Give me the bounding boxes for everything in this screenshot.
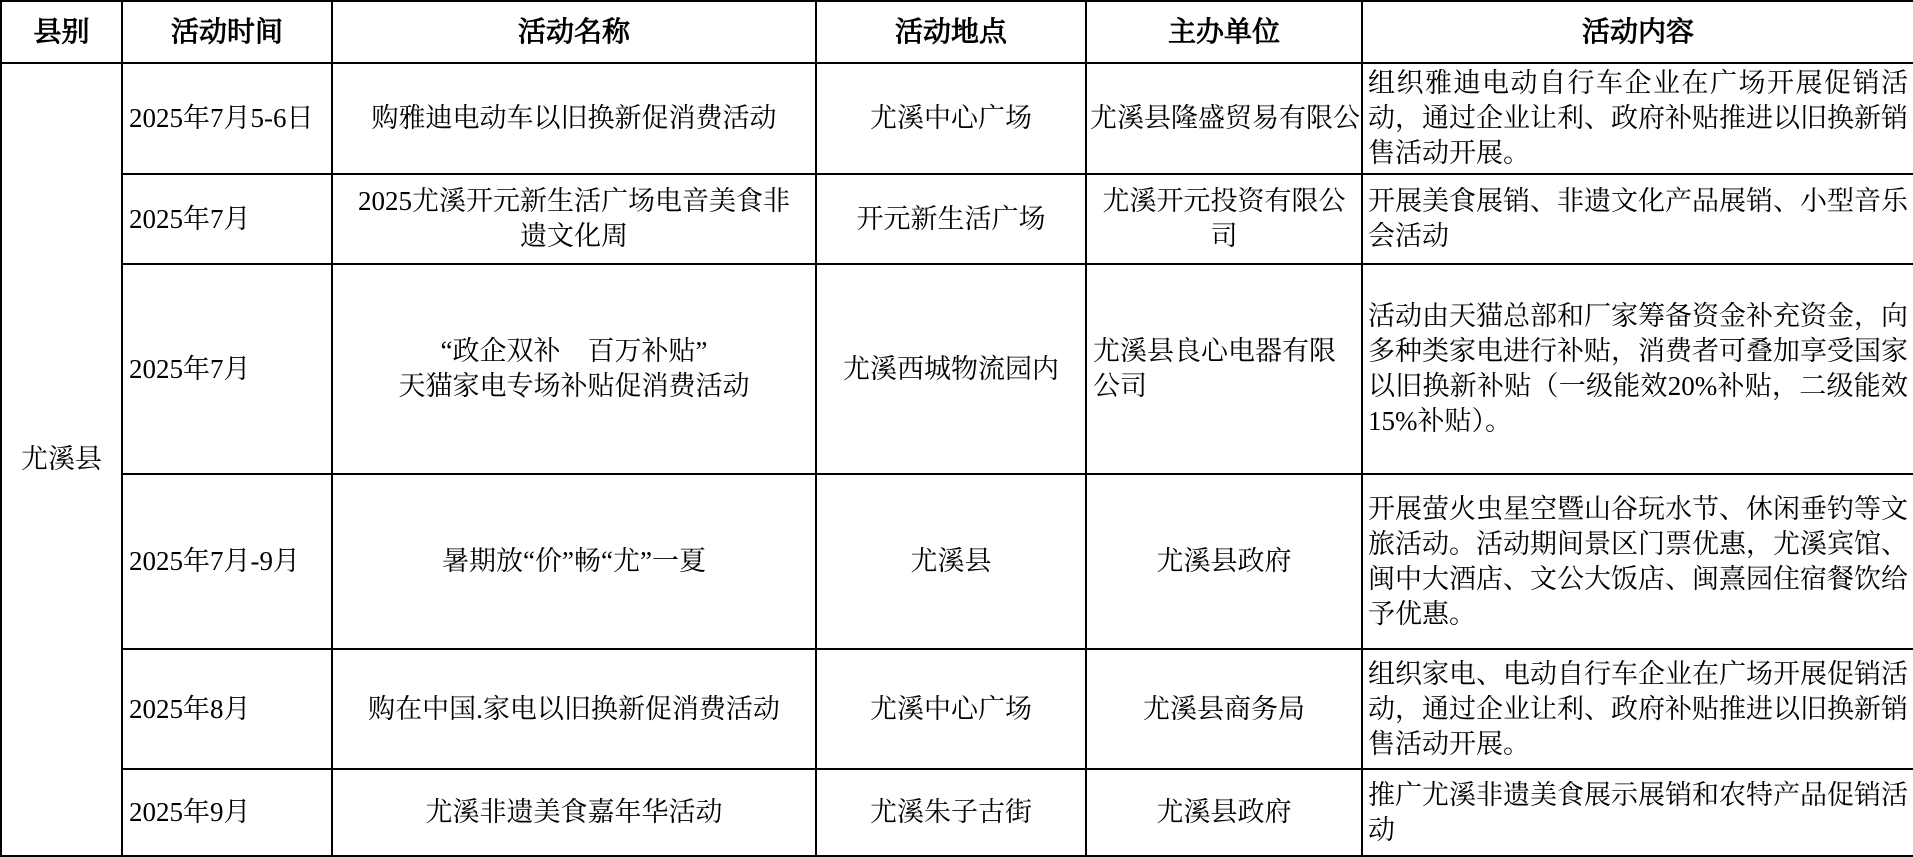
header-county: 县别 <box>1 1 122 63</box>
cell-time: 2025年7月5-6日 <box>122 63 332 174</box>
cell-organizer: 尤溪县隆盛贸易有限公司 <box>1086 63 1362 174</box>
cell-location: 尤溪中心广场 <box>816 63 1086 174</box>
cell-name: 2025尤溪开元新生活广场电音美食非 遗文化周 <box>332 174 816 264</box>
cell-time: 2025年7月 <box>122 264 332 474</box>
cell-organizer: 尤溪县政府 <box>1086 769 1362 856</box>
cell-location: 尤溪县 <box>816 474 1086 649</box>
cell-time: 2025年7月-9月 <box>122 474 332 649</box>
cell-content: 开展萤火虫星空暨山谷玩水节、休闲垂钓等文旅活动。活动期间景区门票优惠，尤溪宾馆、… <box>1362 474 1913 649</box>
cell-content: 组织家电、电动自行车企业在广场开展促销活动，通过企业让利、政府补贴推进以旧换新销… <box>1362 649 1913 769</box>
cell-content: 组织雅迪电动自行车企业在广场开展促销活动，通过企业让利、政府补贴推进以旧换新销售… <box>1362 63 1913 174</box>
header-row: 县别 活动时间 活动名称 活动地点 主办单位 活动内容 <box>1 1 1913 63</box>
activity-table: 县别 活动时间 活动名称 活动地点 主办单位 活动内容 尤溪县 2025年7月5… <box>0 0 1913 857</box>
header-time: 活动时间 <box>122 1 332 63</box>
header-name: 活动名称 <box>332 1 816 63</box>
table-row: 2025年7月 “政企双补 百万补贴” 天猫家电专场补贴促消费活动 尤溪西城物流… <box>1 264 1913 474</box>
cell-organizer: 尤溪县商务局 <box>1086 649 1362 769</box>
cell-organizer: 尤溪县政府 <box>1086 474 1362 649</box>
county-cell: 尤溪县 <box>1 63 122 856</box>
cell-location: 尤溪中心广场 <box>816 649 1086 769</box>
cell-time: 2025年7月 <box>122 174 332 264</box>
cell-name: 暑期放“价”畅“尤”一夏 <box>332 474 816 649</box>
cell-name: “政企双补 百万补贴” 天猫家电专场补贴促消费活动 <box>332 264 816 474</box>
cell-location: 开元新生活广场 <box>816 174 1086 264</box>
cell-organizer: 尤溪县良心电器有限公司 <box>1086 264 1362 474</box>
table-row: 尤溪县 2025年7月5-6日 购雅迪电动车以旧换新促消费活动 尤溪中心广场 尤… <box>1 63 1913 174</box>
header-content: 活动内容 <box>1362 1 1913 63</box>
cell-name: 尤溪非遗美食嘉年华活动 <box>332 769 816 856</box>
table-row: 2025年9月 尤溪非遗美食嘉年华活动 尤溪朱子古街 尤溪县政府 推广尤溪非遗美… <box>1 769 1913 856</box>
cell-content: 开展美食展销、非遗文化产品展销、小型音乐会活动 <box>1362 174 1913 264</box>
cell-organizer: 尤溪开元投资有限公司 <box>1086 174 1362 264</box>
cell-time: 2025年8月 <box>122 649 332 769</box>
table-row: 2025年8月 购在中国.家电以旧换新促消费活动 尤溪中心广场 尤溪县商务局 组… <box>1 649 1913 769</box>
table-row: 2025年7月-9月 暑期放“价”畅“尤”一夏 尤溪县 尤溪县政府 开展萤火虫星… <box>1 474 1913 649</box>
cell-content: 活动由天猫总部和厂家筹备资金补充资金，向多种类家电进行补贴，消费者可叠加享受国家… <box>1362 264 1913 474</box>
cell-content: 推广尤溪非遗美食展示展销和农特产品促销活动 <box>1362 769 1913 856</box>
cell-location: 尤溪西城物流园内 <box>816 264 1086 474</box>
cell-name: 购在中国.家电以旧换新促消费活动 <box>332 649 816 769</box>
cell-location: 尤溪朱子古街 <box>816 769 1086 856</box>
header-location: 活动地点 <box>816 1 1086 63</box>
cell-time: 2025年9月 <box>122 769 332 856</box>
cell-name: 购雅迪电动车以旧换新促消费活动 <box>332 63 816 174</box>
header-organizer: 主办单位 <box>1086 1 1362 63</box>
table-row: 2025年7月 2025尤溪开元新生活广场电音美食非 遗文化周 开元新生活广场 … <box>1 174 1913 264</box>
